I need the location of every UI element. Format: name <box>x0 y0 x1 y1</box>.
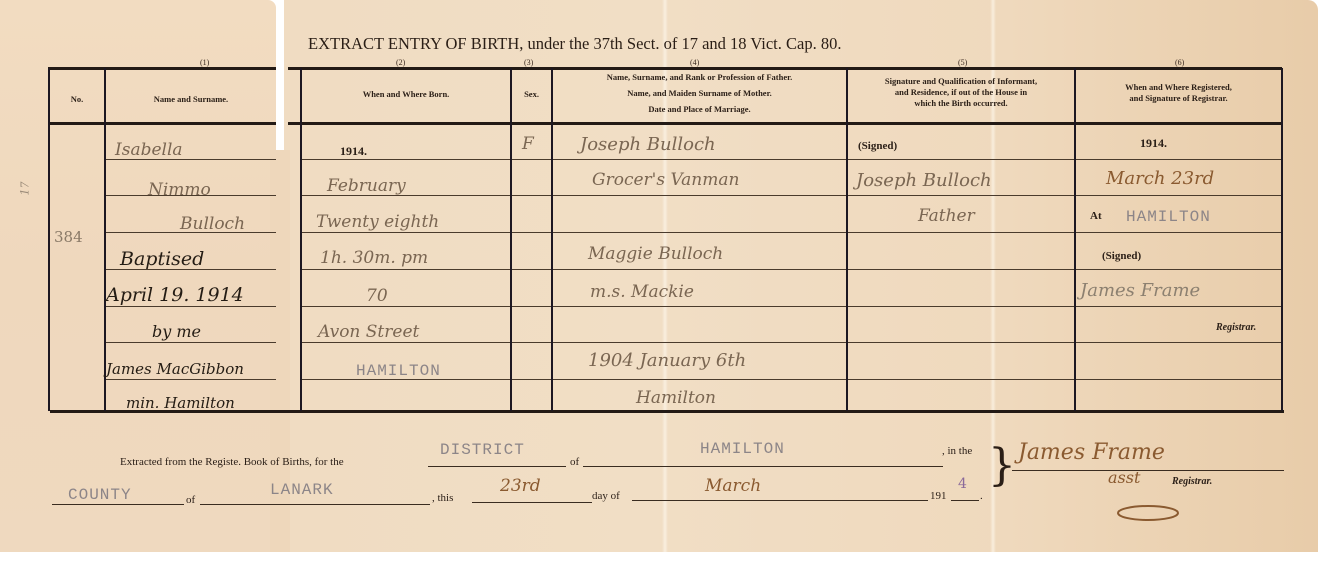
marriage-place: Hamilton <box>636 388 716 408</box>
ruled-line <box>1076 195 1281 196</box>
footer-county-stamp: COUNTY <box>68 486 132 504</box>
mother-maiden-name: m.s. Mackie <box>590 282 694 302</box>
registered-year: 1914. <box>1140 136 1167 151</box>
ruled-line <box>553 269 846 270</box>
footer-extracted-text: Extracted from the Registe. Book of Birt… <box>120 456 344 468</box>
informant-qualification: Father <box>918 206 975 226</box>
footer-of: of <box>570 456 579 468</box>
registered-place-stamp: HAMILTON <box>1126 208 1211 226</box>
entry-number: 384 <box>54 228 83 246</box>
ruled-line <box>1076 379 1281 380</box>
ruled-line <box>302 306 510 307</box>
column-number: (5) <box>958 58 967 67</box>
footer-registrar-signature: James Frame <box>1018 440 1165 465</box>
marriage-date: 1904 January 6th <box>588 350 746 371</box>
mother-name: Maggie Bulloch <box>588 244 723 264</box>
ruled-line <box>512 269 551 270</box>
informant-signature: Joseph Bulloch <box>856 170 992 191</box>
footer-underline <box>428 466 566 467</box>
ruled-line <box>106 306 276 307</box>
footer-signature-line <box>1012 470 1284 471</box>
baptism-note-line4: James MacGibbon <box>106 360 244 378</box>
ruled-line <box>1076 232 1281 233</box>
ruled-line <box>512 159 551 160</box>
ruled-line <box>302 269 510 270</box>
ruled-line <box>848 232 1074 233</box>
baptism-note-line2: April 19. 1914 <box>106 284 244 306</box>
ruled-line <box>512 195 551 196</box>
header-name: Name and Surname. <box>106 94 276 105</box>
ruled-line <box>512 232 551 233</box>
footer-day-value: 23rd <box>500 476 541 496</box>
column-number: (1) <box>200 58 209 67</box>
column-divider <box>510 68 512 411</box>
born-time: 1h. 30m. pm <box>320 248 428 268</box>
ruled-line <box>106 342 276 343</box>
margin-mark: 17 <box>19 182 32 196</box>
registered-date: March 23rd <box>1106 168 1214 189</box>
header-bottom-border <box>288 122 1282 125</box>
father-occupation: Grocer's Vanman <box>592 170 739 190</box>
header-bottom-border <box>48 122 276 125</box>
born-house-number: 70 <box>366 286 388 306</box>
baptism-note-line3: by me <box>152 322 201 341</box>
brace: } <box>988 440 1016 491</box>
footer-underline <box>52 504 184 505</box>
footer-year-suffix: 4 <box>958 476 967 492</box>
ruled-line <box>848 379 1074 380</box>
name-middle: Nimmo <box>148 180 211 200</box>
footer-district-stamp: DISTRICT <box>440 441 525 459</box>
document-title: EXTRACT ENTRY OF BIRTH, under the 37th S… <box>308 34 841 54</box>
column-divider <box>551 68 553 411</box>
ruled-line <box>848 306 1074 307</box>
ruled-line <box>553 306 846 307</box>
ruled-line <box>512 306 551 307</box>
sex-value: F <box>522 134 534 154</box>
header-born: When and Where Born. <box>302 89 510 100</box>
father-name: Joseph Bulloch <box>580 134 716 155</box>
header-no: No. <box>50 94 104 105</box>
ruled-line <box>848 159 1074 160</box>
footer-district-name-stamp: HAMILTON <box>700 440 785 458</box>
born-month: February <box>327 176 406 196</box>
ruled-line <box>1076 269 1281 270</box>
ruled-line <box>553 232 846 233</box>
ruled-line <box>302 159 510 160</box>
table-top-border <box>288 67 1282 70</box>
footer-this: , this <box>432 492 453 504</box>
ruled-line <box>1076 342 1281 343</box>
footer-registrar-label: Registrar. <box>1172 476 1212 487</box>
column-divider <box>1281 68 1283 411</box>
informant-signed-label: (Signed) <box>858 140 897 152</box>
footer-year-end: . <box>980 490 983 502</box>
header-registered: When and Where Registered, and Signature… <box>1076 82 1281 104</box>
ruled-line <box>553 342 846 343</box>
born-year: 1914. <box>340 144 367 159</box>
table-bottom-border <box>50 410 1284 413</box>
born-place-stamp: HAMILTON <box>356 362 441 380</box>
footer-year-prefix: 191 <box>930 490 947 502</box>
footer-month-value: March <box>705 476 761 496</box>
born-street: Avon Street <box>318 322 419 342</box>
footer-underline <box>632 500 928 501</box>
footer-county-name-stamp: LANARK <box>270 481 334 499</box>
footer-in-the: , in the <box>942 445 972 457</box>
ruled-line <box>553 159 846 160</box>
ruled-line <box>1076 306 1281 307</box>
flourish-mark <box>1115 502 1181 524</box>
column-number: (6) <box>1175 58 1184 67</box>
baptism-note-line5: min. Hamilton <box>126 394 235 412</box>
ruled-line <box>512 379 551 380</box>
footer-of: of <box>186 494 195 506</box>
column-divider <box>300 68 302 411</box>
ruled-line <box>1076 159 1281 160</box>
column-number: (3) <box>524 58 533 67</box>
paper-left-fragment <box>0 0 276 552</box>
column-number: (4) <box>690 58 699 67</box>
ruled-line <box>848 342 1074 343</box>
registrar-signature: James Frame <box>1080 280 1200 301</box>
footer-underline <box>472 502 592 503</box>
ruled-line <box>848 195 1074 196</box>
ruled-line <box>302 232 510 233</box>
table-top-border <box>48 67 276 70</box>
ruled-line <box>553 195 846 196</box>
registered-at-label: At <box>1090 210 1102 222</box>
born-day: Twenty eighth <box>316 212 439 232</box>
footer-day-of: day of <box>592 490 620 502</box>
baptism-note-line1: Baptised <box>120 248 204 270</box>
column-divider <box>846 68 848 411</box>
ruled-line <box>848 269 1074 270</box>
ruled-line <box>512 342 551 343</box>
registrar-label: Registrar. <box>1216 322 1256 333</box>
footer-underline <box>583 466 943 467</box>
name-surname: Bulloch <box>180 214 245 234</box>
column-number: (2) <box>396 58 405 67</box>
header-parents: Name, Surname, and Rank or Profession of… <box>553 72 846 115</box>
column-divider <box>48 68 50 411</box>
column-divider <box>1074 68 1076 411</box>
registrar-signed-label: (Signed) <box>1102 250 1141 262</box>
name-first: Isabella <box>115 140 183 160</box>
ruled-line <box>553 379 846 380</box>
header-sex: Sex. <box>512 89 551 100</box>
ruled-line <box>302 342 510 343</box>
header-informant: Signature and Qualification of Informant… <box>848 76 1074 109</box>
footer-underline <box>951 500 979 501</box>
footer-underline <box>200 504 430 505</box>
ruled-line <box>106 379 276 380</box>
footer-asst: asst <box>1108 468 1140 487</box>
